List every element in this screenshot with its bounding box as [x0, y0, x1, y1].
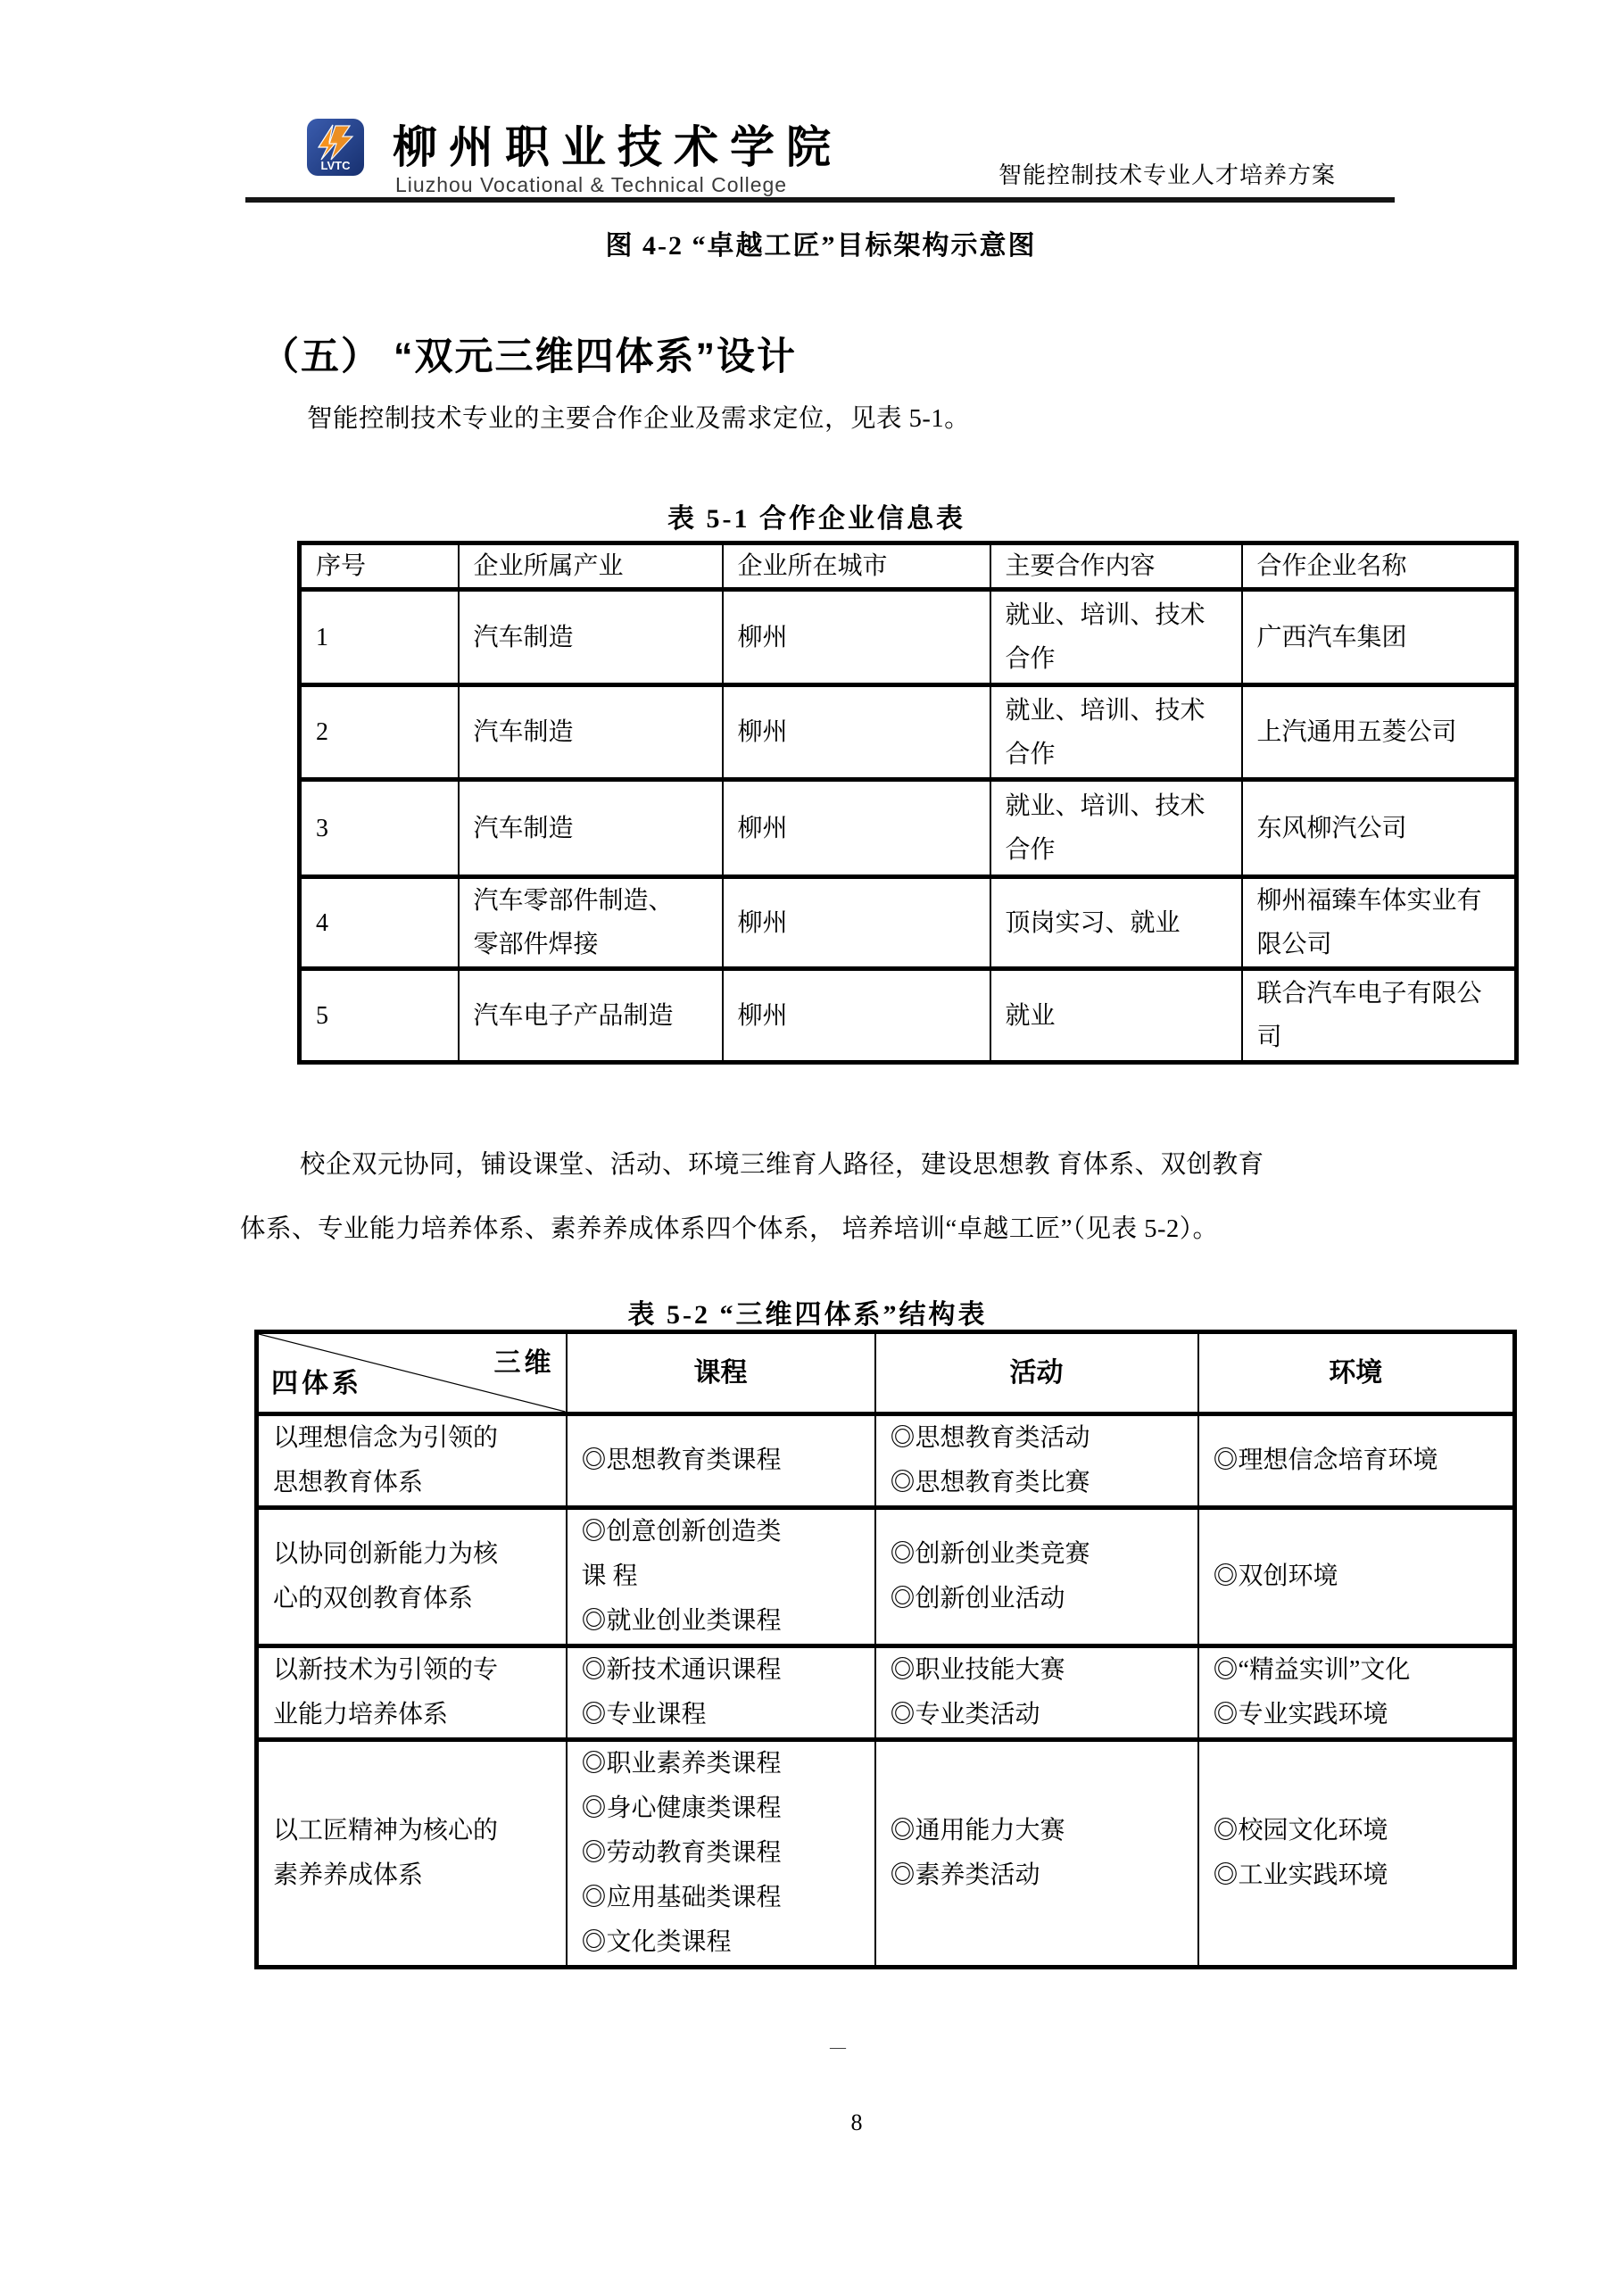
cell-environment: ◎“精益实训”文化◎专业实践环境 [1198, 1646, 1515, 1740]
table-row: 以工匠精神为核心的素养养成体系 ◎职业素养类课程◎身心健康类课程◎劳动教育类课程… [257, 1740, 1515, 1968]
cell-no: 2 [300, 685, 459, 780]
cell-city: 柳州 [723, 685, 990, 780]
table2-header-activity: 活动 [875, 1332, 1198, 1414]
document-title: 智能控制技术专业人才培养方案 [890, 157, 1336, 190]
table1-header-industry: 企业所属产业 [459, 543, 723, 590]
cell-city: 柳州 [723, 969, 990, 1063]
lvtc-logo: LVTC [306, 118, 365, 177]
cell-activity: ◎创新创业类竞赛◎创新创业活动 [875, 1508, 1198, 1646]
table1-title: 表 5-1 合作企业信息表 [281, 496, 1352, 535]
cell-content: 就业、培训、技术合作 [990, 590, 1242, 685]
cell-city: 柳州 [723, 877, 990, 969]
table2-header-environment: 环境 [1198, 1332, 1515, 1414]
table-row: 4 汽车零部件制造、零部件焊接 柳州 顶岗实习、就业 柳州福臻车体实业有限公司 [300, 877, 1517, 969]
page-number: 8 [837, 2110, 876, 2136]
cell-system: 以新技术为引领的专业能力培养体系 [257, 1646, 567, 1740]
cell-system: 以理想信念为引领的思想教育体系 [257, 1414, 567, 1508]
cell-activity: ◎职业技能大赛◎专业类活动 [875, 1646, 1198, 1740]
diagonal-corner-cell: 三维 四体系 [257, 1332, 567, 1414]
cell-no: 4 [300, 877, 459, 969]
cooperation-enterprise-table: 序号 企业所属产业 企业所在城市 主要合作内容 合作企业名称 1 汽车制造 柳州… [297, 541, 1519, 1065]
table1-header-no: 序号 [300, 543, 459, 590]
table2-header-row: 三维 四体系 课程 活动 环境 [257, 1332, 1515, 1414]
cell-no: 3 [300, 780, 459, 877]
cell-content: 就业 [990, 969, 1242, 1063]
table-row: 2 汽车制造 柳州 就业、培训、技术合作 上汽通用五菱公司 [300, 685, 1517, 780]
cell-industry: 汽车制造 [459, 780, 723, 877]
cell-course: ◎职业素养类课程◎身心健康类课程◎劳动教育类课程◎应用基础类课程◎文化类课程 [567, 1740, 875, 1968]
cell-city: 柳州 [723, 590, 990, 685]
cell-activity: ◎思想教育类活动◎思想教育类比赛 [875, 1414, 1198, 1508]
figure-caption: 图 4-2 “卓越工匠”目标架构示意图 [286, 223, 1356, 262]
cell-course: ◎思想教育类课程 [567, 1414, 875, 1508]
cell-company: 上汽通用五菱公司 [1242, 685, 1517, 780]
logo-abbr: LVTC [321, 159, 352, 172]
school-name-zh: 柳州职业技术学院 [393, 121, 842, 173]
cell-content: 顶岗实习、就业 [990, 877, 1242, 969]
cell-environment: ◎理想信念培育环境 [1198, 1414, 1515, 1508]
cell-system: 以工匠精神为核心的素养养成体系 [257, 1740, 567, 1968]
header-rule [245, 197, 1395, 203]
cell-industry: 汽车制造 [459, 590, 723, 685]
table2-header-course: 课程 [567, 1332, 875, 1414]
cell-company: 广西汽车集团 [1242, 590, 1517, 685]
cell-activity: ◎通用能力大赛◎素养类活动 [875, 1740, 1198, 1968]
table-row: 5 汽车电子产品制造 柳州 就业 联合汽车电子有限公司 [300, 969, 1517, 1063]
table-row: 以协同创新能力为核心的双创教育体系 ◎创意创新创造类课 程◎就业创业类课程 ◎创… [257, 1508, 1515, 1646]
cell-company: 柳州福臻车体实业有限公司 [1242, 877, 1517, 969]
cell-environment: ◎校园文化环境◎工业实践环境 [1198, 1740, 1515, 1968]
three-dim-four-system-table: 三维 四体系 课程 活动 环境 以理想信念为引领的思想教育体系 ◎思想教育类课程… [254, 1330, 1517, 1969]
table-row: 3 汽车制造 柳州 就业、培训、技术合作 东风柳汽公司 [300, 780, 1517, 877]
cell-content: 就业、培训、技术合作 [990, 685, 1242, 780]
cell-industry: 汽车电子产品制造 [459, 969, 723, 1063]
cell-no: 5 [300, 969, 459, 1063]
table2-title: 表 5-2 “三维四体系”结构表 [272, 1292, 1343, 1331]
section-heading: （五） “双元三维四体系”设计 [261, 327, 797, 381]
paragraph-intro: 智能控制技术专业的主要合作企业及需求定位，见表 5-1。 [307, 403, 970, 435]
table1-header-city: 企业所在城市 [723, 543, 990, 590]
table-row: 以新技术为引领的专业能力培养体系 ◎新技术通识课程◎专业课程 ◎职业技能大赛◎专… [257, 1646, 1515, 1740]
corner-label-four-system: 四体系 [271, 1362, 362, 1406]
table1-header-content: 主要合作内容 [990, 543, 1242, 590]
table1-header-company: 合作企业名称 [1242, 543, 1517, 590]
cell-industry: 汽车制造 [459, 685, 723, 780]
cell-company: 联合汽车电子有限公司 [1242, 969, 1517, 1063]
cell-industry: 汽车零部件制造、零部件焊接 [459, 877, 723, 969]
paragraph-systems-line2: 体系、专业能力培养体系、素养养成体系四个体系， 培养培训“卓越工匠”（见表 5-… [240, 1214, 1219, 1246]
corner-label-three-dim: 三维 [494, 1341, 555, 1386]
table-row: 以理想信念为引领的思想教育体系 ◎思想教育类课程 ◎思想教育类活动◎思想教育类比… [257, 1414, 1515, 1508]
paragraph-systems-line1: 校企双元协同，铺设课堂、活动、环境三维育人路径，建设思想教 育体系、双创教育 [300, 1149, 1264, 1181]
table-row: 1 汽车制造 柳州 就业、培训、技术合作 广西汽车集团 [300, 590, 1517, 685]
cell-content: 就业、培训、技术合作 [990, 780, 1242, 877]
school-name-en: Liuzhou Vocational & Technical College [395, 173, 787, 197]
table1-header-row: 序号 企业所属产业 企业所在城市 主要合作内容 合作企业名称 [300, 543, 1517, 590]
cell-system: 以协同创新能力为核心的双创教育体系 [257, 1508, 567, 1646]
cell-city: 柳州 [723, 780, 990, 877]
cell-course: ◎创意创新创造类课 程◎就业创业类课程 [567, 1508, 875, 1646]
cell-course: ◎新技术通识课程◎专业课程 [567, 1646, 875, 1740]
footer-separator: — [830, 2038, 846, 2057]
document-page: LVTC 柳州职业技术学院 Liuzhou Vocational & Techn… [0, 0, 1624, 2296]
cell-company: 东风柳汽公司 [1242, 780, 1517, 877]
cell-no: 1 [300, 590, 459, 685]
cell-environment: ◎双创环境 [1198, 1508, 1515, 1646]
